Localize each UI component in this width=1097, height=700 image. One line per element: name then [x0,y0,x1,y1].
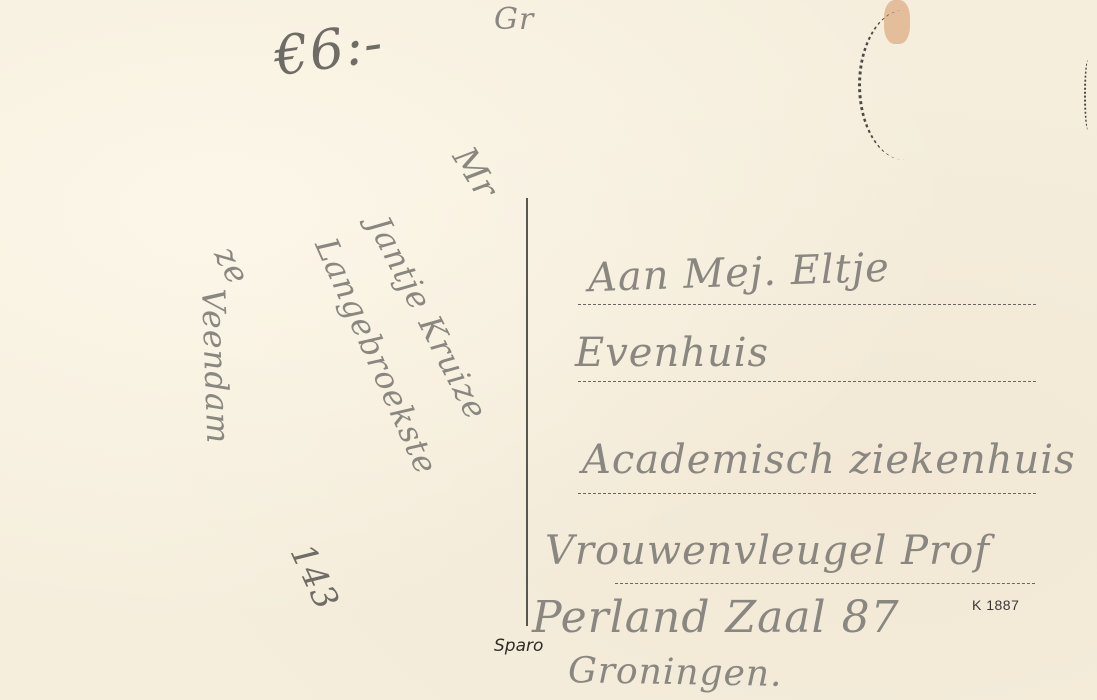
address-line-2: Evenhuis [575,330,769,376]
center-divider [526,198,528,626]
postmark-stamp [858,10,951,160]
message-line-4: ze [206,240,257,291]
address-rule-4 [615,583,1035,584]
postmark-edge [1084,60,1092,130]
address-line-4: Vrouwenvleugel Prof [545,528,990,574]
address-rule-2 [578,381,1036,382]
address-line-3: Academisch ziekenhuis [582,437,1076,483]
postcard-back: €6:- Gr Mr Jantje Kruize Langebroekste z… [0,0,1097,700]
price-note: €6:- [270,11,387,89]
message-line-1: Mr [444,140,506,206]
address-rule-3 [578,493,1036,494]
address-line-5: Perland Zaal 87 [532,592,900,643]
address-line-1: Aan Mej. Eltje [587,245,890,302]
corner-note: Gr [494,2,534,37]
print-code: K 1887 [972,597,1019,613]
publisher-mark: Sparo [494,636,543,656]
message-line-6: 143 [282,538,347,616]
address-line-6: Groningen. [568,650,783,695]
message-line-5: Veendam [194,288,237,445]
address-rule-1 [578,304,1036,305]
